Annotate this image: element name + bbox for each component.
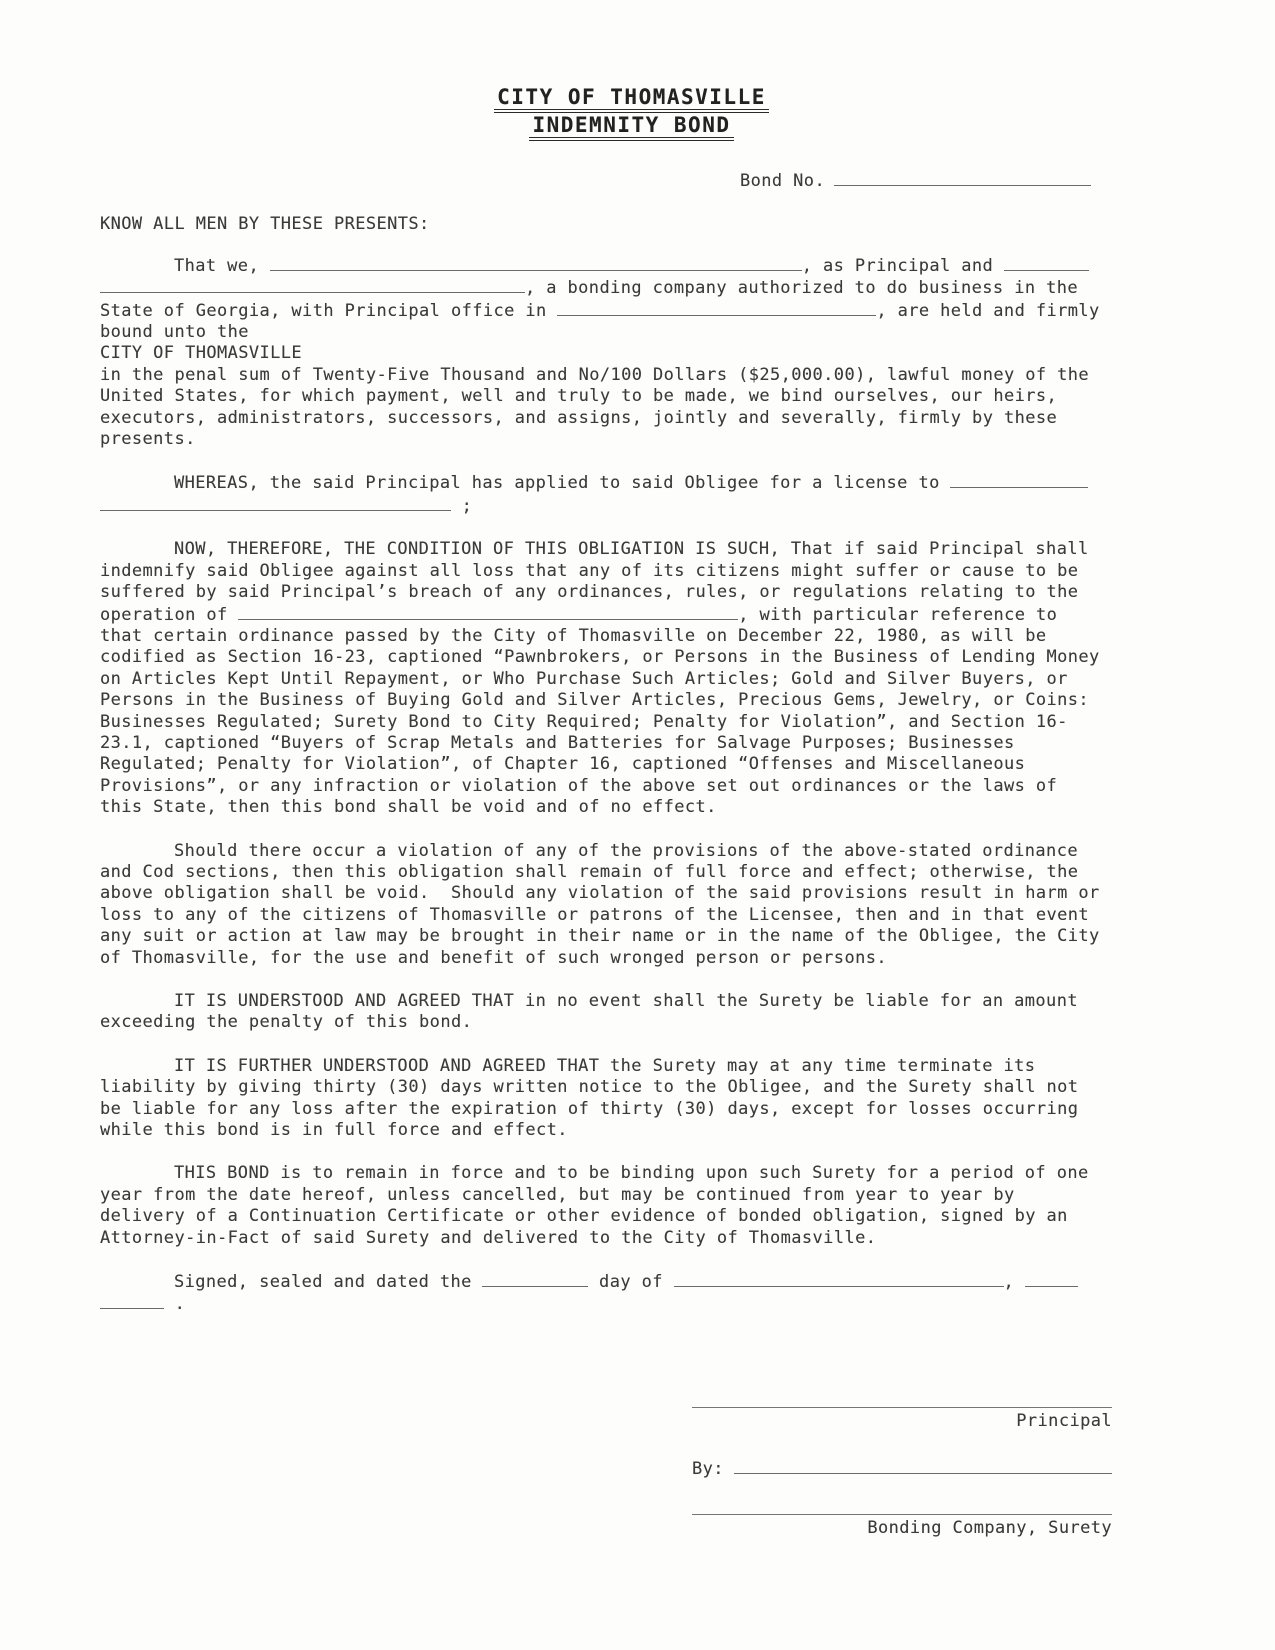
- text-segment: United States, for which payment, well a…: [100, 386, 1057, 406]
- text-segment: Businesses Regulated; Surety Bond to Cit…: [100, 712, 1068, 732]
- paragraph-whereas: WHEREAS, the said Principal has applied …: [100, 472, 1163, 517]
- text-segment: IT IS FURTHER UNDERSTOOD AND AGREED THAT…: [174, 1056, 1035, 1076]
- principal-label: Principal: [692, 1411, 1112, 1432]
- text-segment: ,: [1004, 1272, 1025, 1292]
- text-line: above obligation shall be void. Should a…: [100, 883, 1163, 904]
- scanned-document-page: CITY OF THOMASVILLE INDEMNITY BOND Bond …: [0, 0, 1275, 1650]
- principal-signature-line: [692, 1407, 1112, 1408]
- text-line: Should there occur a violation of any of…: [100, 841, 1163, 862]
- text-line: State of Georgia, with Principal office …: [100, 300, 1163, 322]
- text-segment: IT IS UNDERSTOOD AND AGREED THAT in no e…: [174, 991, 1078, 1011]
- text-segment: THIS BOND is to remain in force and to b…: [174, 1163, 1089, 1183]
- text-line: 23.1, captioned “Buyers of Scrap Metals …: [100, 733, 1163, 754]
- text-segment: delivery of a Continuation Certificate o…: [100, 1206, 1068, 1226]
- text-line: be liable for any loss after the expirat…: [100, 1099, 1163, 1120]
- text-line: delivery of a Continuation Certificate o…: [100, 1206, 1163, 1227]
- text-segment: bound unto the: [100, 322, 249, 342]
- text-line: Attorney-in-Fact of said Surety and deli…: [100, 1228, 1163, 1249]
- text-segment: indemnify said Obligee against all loss …: [100, 561, 1078, 581]
- fill-in-blank: [482, 1271, 588, 1287]
- text-line: presents.: [100, 429, 1163, 450]
- text-line: NOW, THEREFORE, THE CONDITION OF THIS OB…: [100, 539, 1163, 560]
- text-line: exceeding the penalty of this bond.: [100, 1012, 1163, 1033]
- text-line: Businesses Regulated; Surety Bond to Cit…: [100, 712, 1163, 733]
- text-segment: , a bonding company authorized to do bus…: [525, 278, 1078, 298]
- text-line: liability by giving thirty (30) days wri…: [100, 1077, 1163, 1098]
- fill-in-blank: [100, 495, 451, 511]
- document-title-line1: CITY OF THOMASVILLE: [494, 85, 769, 113]
- text-line: on Articles Kept Until Repayment, or Who…: [100, 669, 1163, 690]
- bond-no-label: Bond No.: [740, 171, 825, 191]
- text-segment: liability by giving thirty (30) days wri…: [100, 1077, 1078, 1097]
- paragraph-duration: THIS BOND is to remain in force and to b…: [100, 1163, 1163, 1249]
- fill-in-blank: [674, 1271, 1004, 1287]
- text-line: ;: [100, 495, 1163, 517]
- document-content: CITY OF THOMASVILLE INDEMNITY BOND Bond …: [0, 0, 1275, 1539]
- fill-in-blank: [238, 604, 738, 620]
- text-line: and Cod sections, then this obligation s…: [100, 862, 1163, 883]
- by-label: By:: [692, 1459, 724, 1480]
- text-line: Provisions”, or any infraction or violat…: [100, 776, 1163, 797]
- fill-in-blank: [100, 1293, 164, 1309]
- fill-in-blank: [100, 277, 525, 293]
- text-line: IT IS FURTHER UNDERSTOOD AND AGREED THAT…: [100, 1056, 1163, 1077]
- fill-in-blank: [1004, 255, 1089, 271]
- document-title-line2: INDEMNITY BOND: [529, 113, 733, 141]
- text-line: while this bond is in full force and eff…: [100, 1120, 1163, 1141]
- text-segment: CITY OF THOMASVILLE: [100, 343, 302, 363]
- text-segment: any suit or action at law may be brought…: [100, 926, 1100, 946]
- document-title-block: CITY OF THOMASVILLE INDEMNITY BOND: [100, 84, 1163, 140]
- text-segment: State of Georgia, with Principal office …: [100, 301, 557, 321]
- text-segment: , as Principal and: [802, 256, 1004, 276]
- text-segment: Persons in the Business of Buying Gold a…: [100, 690, 1089, 710]
- text-line: THIS BOND is to remain in force and to b…: [100, 1163, 1163, 1184]
- text-segment: this State, then this bond shall be void…: [100, 797, 717, 817]
- paragraph-liability-limit: IT IS UNDERSTOOD AND AGREED THAT in no e…: [100, 991, 1163, 1034]
- text-line: Regulated; Penalty for Violation”, of Ch…: [100, 754, 1163, 775]
- opening-line: KNOW ALL MEN BY THESE PRESENTS:: [100, 214, 1163, 235]
- text-line: of Thomasville, for the use and benefit …: [100, 948, 1163, 969]
- text-line: any suit or action at law may be brought…: [100, 926, 1163, 947]
- text-line: that certain ordinance passed by the Cit…: [100, 626, 1163, 647]
- text-segment: while this bond is in full force and eff…: [100, 1120, 568, 1140]
- fill-in-blank: [270, 255, 802, 271]
- text-line: year from the date hereof, unless cancel…: [100, 1185, 1163, 1206]
- text-line: bound unto the: [100, 322, 1163, 343]
- text-line: WHEREAS, the said Principal has applied …: [100, 472, 1163, 494]
- text-segment: executors, administrators, successors, a…: [100, 408, 1057, 428]
- text-line: in the penal sum of Twenty-Five Thousand…: [100, 365, 1163, 386]
- fill-in-blank: [557, 300, 876, 316]
- text-segment: exceeding the penalty of this bond.: [100, 1012, 472, 1032]
- text-segment: that certain ordinance passed by the Cit…: [100, 626, 1047, 646]
- text-line: .: [100, 1293, 1163, 1315]
- text-segment: on Articles Kept Until Repayment, or Who…: [100, 669, 1068, 689]
- text-segment: 23.1, captioned “Buyers of Scrap Metals …: [100, 733, 1015, 753]
- text-line: , a bonding company authorized to do bus…: [100, 277, 1163, 299]
- bonding-company-label: Bonding Company, Surety: [692, 1518, 1112, 1539]
- surety-signature-line: [692, 1514, 1112, 1515]
- paragraph-violation-remedy: Should there occur a violation of any of…: [100, 841, 1163, 969]
- text-segment: day of: [588, 1272, 673, 1292]
- text-segment: and Cod sections, then this obligation s…: [100, 862, 1078, 882]
- text-segment: NOW, THEREFORE, THE CONDITION OF THIS OB…: [174, 539, 1089, 559]
- text-segment: suffered by said Principal’s breach of a…: [100, 582, 1078, 602]
- text-segment: Provisions”, or any infraction or violat…: [100, 776, 1057, 796]
- text-segment: in the penal sum of Twenty-Five Thousand…: [100, 365, 1089, 385]
- text-segment: of Thomasville, for the use and benefit …: [100, 948, 887, 968]
- paragraph-condition: NOW, THEREFORE, THE CONDITION OF THIS OB…: [100, 539, 1163, 818]
- text-segment: Attorney-in-Fact of said Surety and deli…: [100, 1228, 876, 1248]
- signature-block: Principal By: Bonding Company, Surety: [692, 1407, 1112, 1539]
- text-segment: WHEREAS, the said Principal has applied …: [174, 473, 950, 493]
- text-line: That we, , as Principal and: [100, 255, 1163, 277]
- text-segment: be liable for any loss after the expirat…: [100, 1099, 1078, 1119]
- text-segment: , are held and firmly: [876, 301, 1099, 321]
- text-line: suffered by said Principal’s breach of a…: [100, 582, 1163, 603]
- text-line: executors, administrators, successors, a…: [100, 408, 1163, 429]
- text-line: Signed, sealed and dated the day of ,: [100, 1271, 1163, 1293]
- text-line: this State, then this bond shall be void…: [100, 797, 1163, 818]
- text-line: operation of , with particular reference…: [100, 604, 1163, 626]
- text-segment: That we,: [174, 256, 270, 276]
- bond-no-blank: [834, 170, 1091, 186]
- text-segment: Regulated; Penalty for Violation”, of Ch…: [100, 754, 1025, 774]
- text-segment: , with particular reference to: [738, 605, 1057, 625]
- by-signature-blank: [734, 1458, 1112, 1474]
- fill-in-blank: [950, 472, 1088, 488]
- text-segment: ;: [451, 496, 472, 516]
- paragraph-parties: That we, , as Principal and , a bonding …: [100, 255, 1163, 451]
- document-body: That we, , as Principal and , a bonding …: [100, 255, 1163, 1316]
- text-segment: .: [164, 1294, 185, 1314]
- text-line: Persons in the Business of Buying Gold a…: [100, 690, 1163, 711]
- paragraph-termination: IT IS FURTHER UNDERSTOOD AND AGREED THAT…: [100, 1056, 1163, 1142]
- text-segment: presents.: [100, 429, 196, 449]
- title-row-2: INDEMNITY BOND: [100, 112, 1163, 140]
- text-segment: year from the date hereof, unless cancel…: [100, 1185, 1015, 1205]
- text-segment: operation of: [100, 605, 238, 625]
- text-segment: loss to any of the citizens of Thomasvil…: [100, 905, 1089, 925]
- text-line: IT IS UNDERSTOOD AND AGREED THAT in no e…: [100, 991, 1163, 1012]
- bond-number-row: Bond No.: [740, 170, 1163, 192]
- by-row: By:: [692, 1458, 1112, 1480]
- text-segment: Should there occur a violation of any of…: [174, 841, 1078, 861]
- text-segment: above obligation shall be void. Should a…: [100, 883, 1100, 903]
- text-segment: Signed, sealed and dated the: [174, 1272, 482, 1292]
- paragraph-execution-date: Signed, sealed and dated the day of , .: [100, 1271, 1163, 1316]
- text-line: CITY OF THOMASVILLE: [100, 343, 1163, 364]
- text-line: codified as Section 16-23, captioned “Pa…: [100, 647, 1163, 668]
- text-line: indemnify said Obligee against all loss …: [100, 561, 1163, 582]
- title-row-1: CITY OF THOMASVILLE: [100, 84, 1163, 112]
- text-line: loss to any of the citizens of Thomasvil…: [100, 905, 1163, 926]
- text-line: United States, for which payment, well a…: [100, 386, 1163, 407]
- text-segment: codified as Section 16-23, captioned “Pa…: [100, 647, 1100, 667]
- fill-in-blank: [1025, 1271, 1078, 1287]
